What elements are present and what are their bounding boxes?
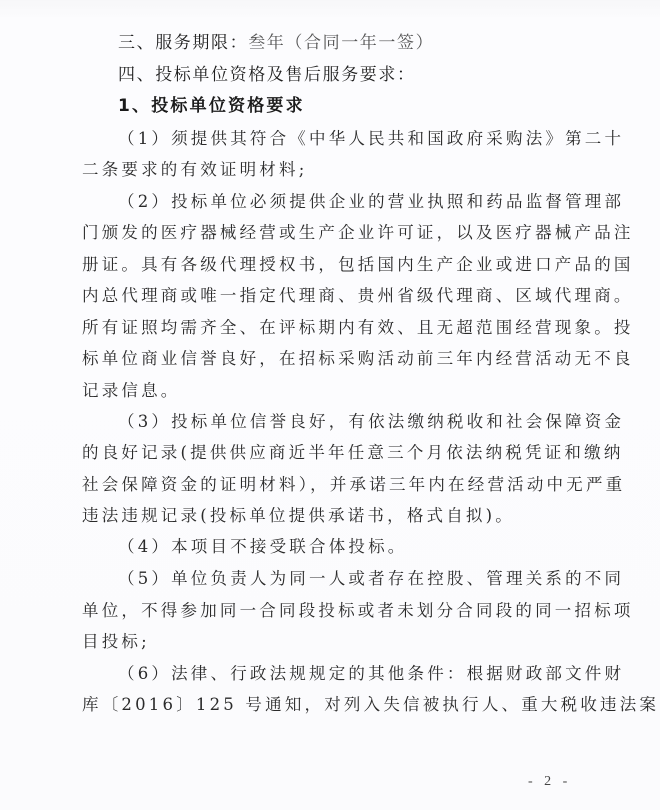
service-period-label: 三、服务期限： [118,33,248,53]
service-period-value: 叁年（合同一年一签） [248,33,434,53]
item-5-line-3: 目投标; [82,626,582,657]
item-5-line-2: 单位，不得参加同一合同段投标或者未划分合同段的同一招标项 [82,595,582,626]
item-1-line-2: 二条要求的有效证明材料; [82,154,582,185]
item-1-line-1: （1）须提供其符合《中华人民共和国政府采购法》第二十 [118,123,582,154]
section-3-service-period: 三、服务期限：叁年（合同一年一签） [118,28,582,59]
item-6-line-1: （6）法律、行政法规规定的其他条件：根据财政部文件财 [118,658,582,689]
item-2-line-1: （2）投标单位必须提供企业的营业执照和药品监督管理部 [118,186,582,217]
item-2-line-7: 记录信息。 [82,375,582,406]
item-6-line-2: 库〔2016〕125 号通知，对列入失信被执行人、重大税收违法案 [82,689,582,720]
item-5-line-1: （5）单位负责人为同一人或者存在控股、管理关系的不同 [118,563,582,594]
item-2-line-5: 所有证照均需齐全、在评标期内有效、且无超范围经营现象。投 [82,312,582,343]
document-page: 三、服务期限：叁年（合同一年一签） 四、投标单位资格及售后服务要求： 1、投标单… [0,0,660,810]
section-4-heading: 四、投标单位资格及售后服务要求： [118,60,582,91]
subsection-1-heading: 1、投标单位资格要求 [118,91,582,122]
item-2-line-6: 标单位商业信誉良好，在招标采购活动前三年内经营活动无不良 [82,343,582,374]
item-3-line-2: 的良好记录(提供供应商近半年任意三个月依法纳税凭证和缴纳 [82,437,582,468]
item-2-line-3: 册证。具有各级代理授权书，包括国内生产企业或进口产品的国 [82,249,582,280]
item-3-line-3: 社会保障资金的证明材料），并承诺三年内在经营活动中无严重 [82,469,582,500]
item-4-line-1: （4）本项目不接受联合体投标。 [118,531,582,562]
item-2-line-4: 内总代理商或唯一指定代理商、贵州省级代理商、区域代理商。 [82,280,582,311]
page-number: - 2 - [528,774,571,790]
item-2-line-2: 门颁发的医疗器械经营或生产企业许可证，以及医疗器械产品注 [82,217,582,248]
item-3-line-1: （3）投标单位信誉良好，有依法缴纳税收和社会保障资金 [118,406,582,437]
item-3-line-4: 违法违规记录(投标单位提供承诺书，格式自拟)。 [82,500,582,531]
